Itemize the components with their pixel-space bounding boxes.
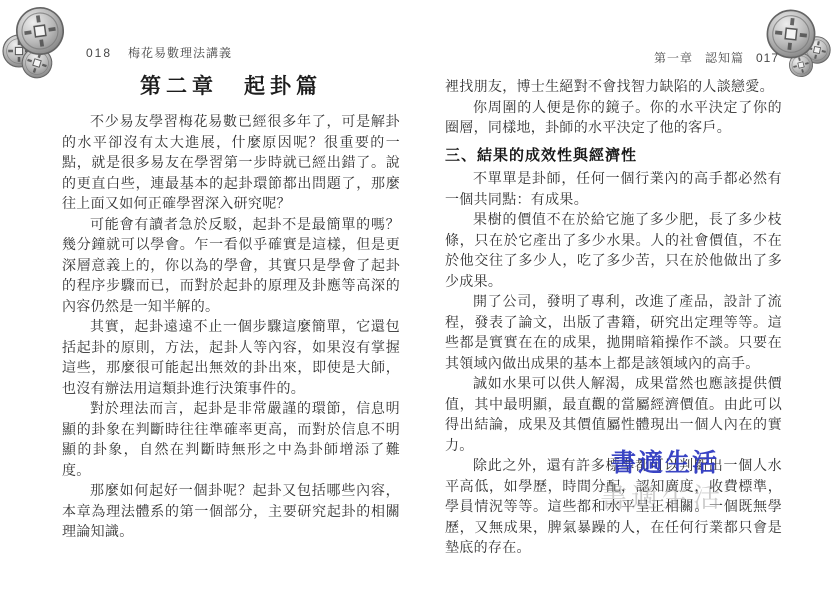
chapter-title: 第二章 起卦篇	[62, 70, 400, 100]
paragraph: 開了公司，發明了專利，改進了產品，設計了流程，發表了論文，出版了書籍，研究出定理…	[445, 293, 782, 375]
paragraph: 果樹的價值不在於給它施了多少肥，長了多少枝條，只在於它產出了多少水果。人的社會價…	[445, 211, 782, 293]
section-label: 認知篇	[705, 51, 744, 65]
paragraph: 不單單是卦師，任何一個行業內的高手都必然有一個共同點：有成果。	[445, 170, 782, 211]
body-text-left: 不少易友學習梅花易數已經很多年了，可是解卦的水平卻沒有太大進展，什麼原因呢？很重…	[62, 113, 400, 544]
chapter-label: 第一章	[654, 51, 693, 65]
book-title: 梅花易數理法講義	[128, 46, 232, 60]
body-text-right: 裡找朋友，博士生絕對不會找智力缺陷的人談戀愛。 你周圍的人便是你的鏡子。你的水平…	[445, 78, 782, 560]
paragraph: 那麼如何起好一個卦呢？起卦又包括哪些內容，本章為理法體系的第一個部分，主要研究起…	[62, 482, 400, 544]
paragraph: 不少易友學習梅花易數已經很多年了，可是解卦的水平卻沒有太大進展，什麼原因呢？很重…	[62, 113, 400, 216]
running-head-left: 018梅花易數理法講義	[86, 44, 232, 61]
coin-icon	[801, 34, 832, 65]
page-number-right: 017	[756, 51, 779, 65]
paragraph: 誠如水果可以供人解渴，成果當然也應該提供價值，其中最明顯，最直觀的當屬經濟價值。…	[445, 375, 782, 457]
coin-icon	[14, 5, 66, 57]
book-spread: 018梅花易數理法講義 第二章 起卦篇 不少易友學習梅花易數已經很多年了，可是解…	[0, 0, 840, 595]
paragraph: 除此之外，還有許多標準都可以判斷出一個人水平高低，如學歷，時間分配，認知廣度，收…	[445, 457, 782, 560]
coin-icon	[787, 51, 815, 79]
paragraph: 可能會有讀者急於反駁，起卦不是最簡單的嗎？幾分鐘就可以學會。乍一看似乎確實是這樣…	[62, 216, 400, 319]
paragraph: 其實，起卦遠遠不止一個步驟這麼簡單，它還包括起卦的原則，方法，起卦人等內容，如果…	[62, 318, 400, 400]
page-number-left: 018	[86, 46, 112, 60]
coin-icon	[3, 35, 35, 67]
coin-cluster-left	[3, 5, 66, 82]
coin-icon	[18, 44, 55, 81]
paragraph: 對於理法而言，起卦是非常嚴謹的環節，信息明顯的卦象在判斷時往往準確率更高，而對於…	[62, 400, 400, 482]
running-head-right: 第一章認知篇017	[445, 49, 779, 66]
section-heading: 三、結果的成效性與經濟性	[445, 146, 782, 167]
paragraph: 你周圍的人便是你的鏡子。你的水平決定了你的圈層，同樣地，卦師的水平決定了他的客戶…	[445, 99, 782, 140]
paragraph-continuation: 裡找朋友，博士生絕對不會找智力缺陷的人談戀愛。	[445, 78, 782, 99]
coin-cluster-right	[765, 8, 833, 79]
